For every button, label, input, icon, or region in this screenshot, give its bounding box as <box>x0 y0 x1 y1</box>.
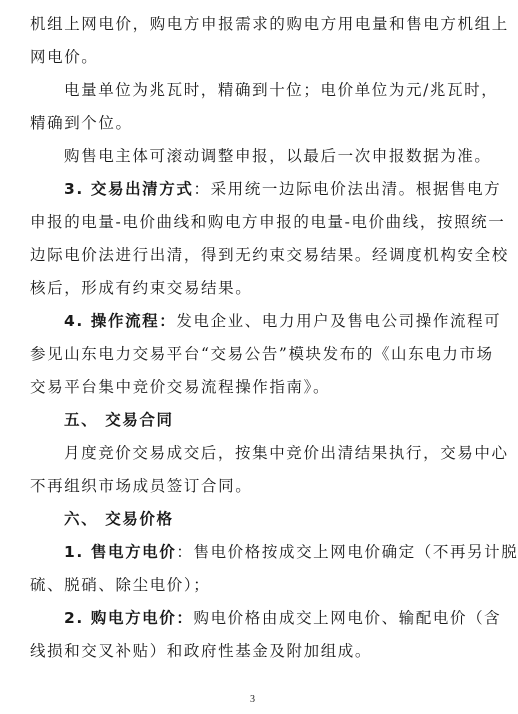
paragraph-text: ：采用统一边际电价法出清。根据售电方 <box>193 180 501 198</box>
paragraph-line-operation-process: 4. 操作流程：发电企业、电力用户及售电公司操作流程可 <box>30 305 482 338</box>
paragraph-line: 交易平台集中竞价交易流程操作指南》。 <box>30 371 482 404</box>
buyer-price-label: 2. 购电方电价： <box>64 609 193 627</box>
paragraph-line: 电量单位为兆瓦时，精确到十位；电价单位为元/兆瓦时， <box>30 74 482 107</box>
section-heading-contract: 五、 交易合同 <box>30 404 482 437</box>
paragraph-text: 购电价格由成交上网电价、输配电价（含 <box>193 609 501 627</box>
paragraph-line: 参见山东电力交易平台“交易公告”模块发布的《山东电力市场 <box>30 338 482 371</box>
paragraph-line-buyer-price: 2. 购电方电价：购电价格由成交上网电价、输配电价（含 <box>30 602 482 635</box>
paragraph-text: ：售电价格按成交上网电价确定（不再另计脱 <box>176 543 518 561</box>
paragraph-line: 核后，形成有约束交易结果。 <box>30 272 482 305</box>
paragraph-line: 机组上网电价，购电方申报需求的购电方用电量和售电方机组上 <box>30 8 482 41</box>
paragraph-line: 硫、脱硝、除尘电价）； <box>30 569 482 602</box>
paragraph-line-seller-price: 1. 售电方电价：售电价格按成交上网电价确定（不再另计脱 <box>30 536 482 569</box>
page-number: 3 <box>250 694 255 705</box>
paragraph-line: 线损和交叉补贴）和政府性基金及附加组成。 <box>30 635 482 668</box>
operation-process-label: 4. 操作流程： <box>64 312 176 330</box>
seller-price-label: 1. 售电方电价 <box>64 543 176 561</box>
paragraph-line: 月度竞价交易成交后，按集中竞价出清结果执行，交易中心 <box>30 437 482 470</box>
clearing-method-label: 3. 交易出清方式 <box>64 180 193 198</box>
paragraph-line: 申报的电量-电价曲线和购电方申报的电量-电价曲线，按照统一 <box>30 206 482 239</box>
paragraph-line: 购售电主体可滚动调整申报，以最后一次申报数据为准。 <box>30 140 482 173</box>
paragraph-line-clearing-method: 3. 交易出清方式：采用统一边际电价法出清。根据售电方 <box>30 173 482 206</box>
paragraph-text: 发电企业、电力用户及售电公司操作流程可 <box>176 312 501 330</box>
paragraph-line: 网电价。 <box>30 41 482 74</box>
paragraph-line: 不再组织市场成员签订合同。 <box>30 470 482 503</box>
section-heading-price: 六、 交易价格 <box>30 503 482 536</box>
paragraph-line: 精确到个位。 <box>30 107 482 140</box>
paragraph-line: 边际电价法进行出清，得到无约束交易结果。经调度机构安全校 <box>30 239 482 272</box>
document-page: 机组上网电价，购电方申报需求的购电方用电量和售电方机组上 网电价。 电量单位为兆… <box>30 8 482 668</box>
